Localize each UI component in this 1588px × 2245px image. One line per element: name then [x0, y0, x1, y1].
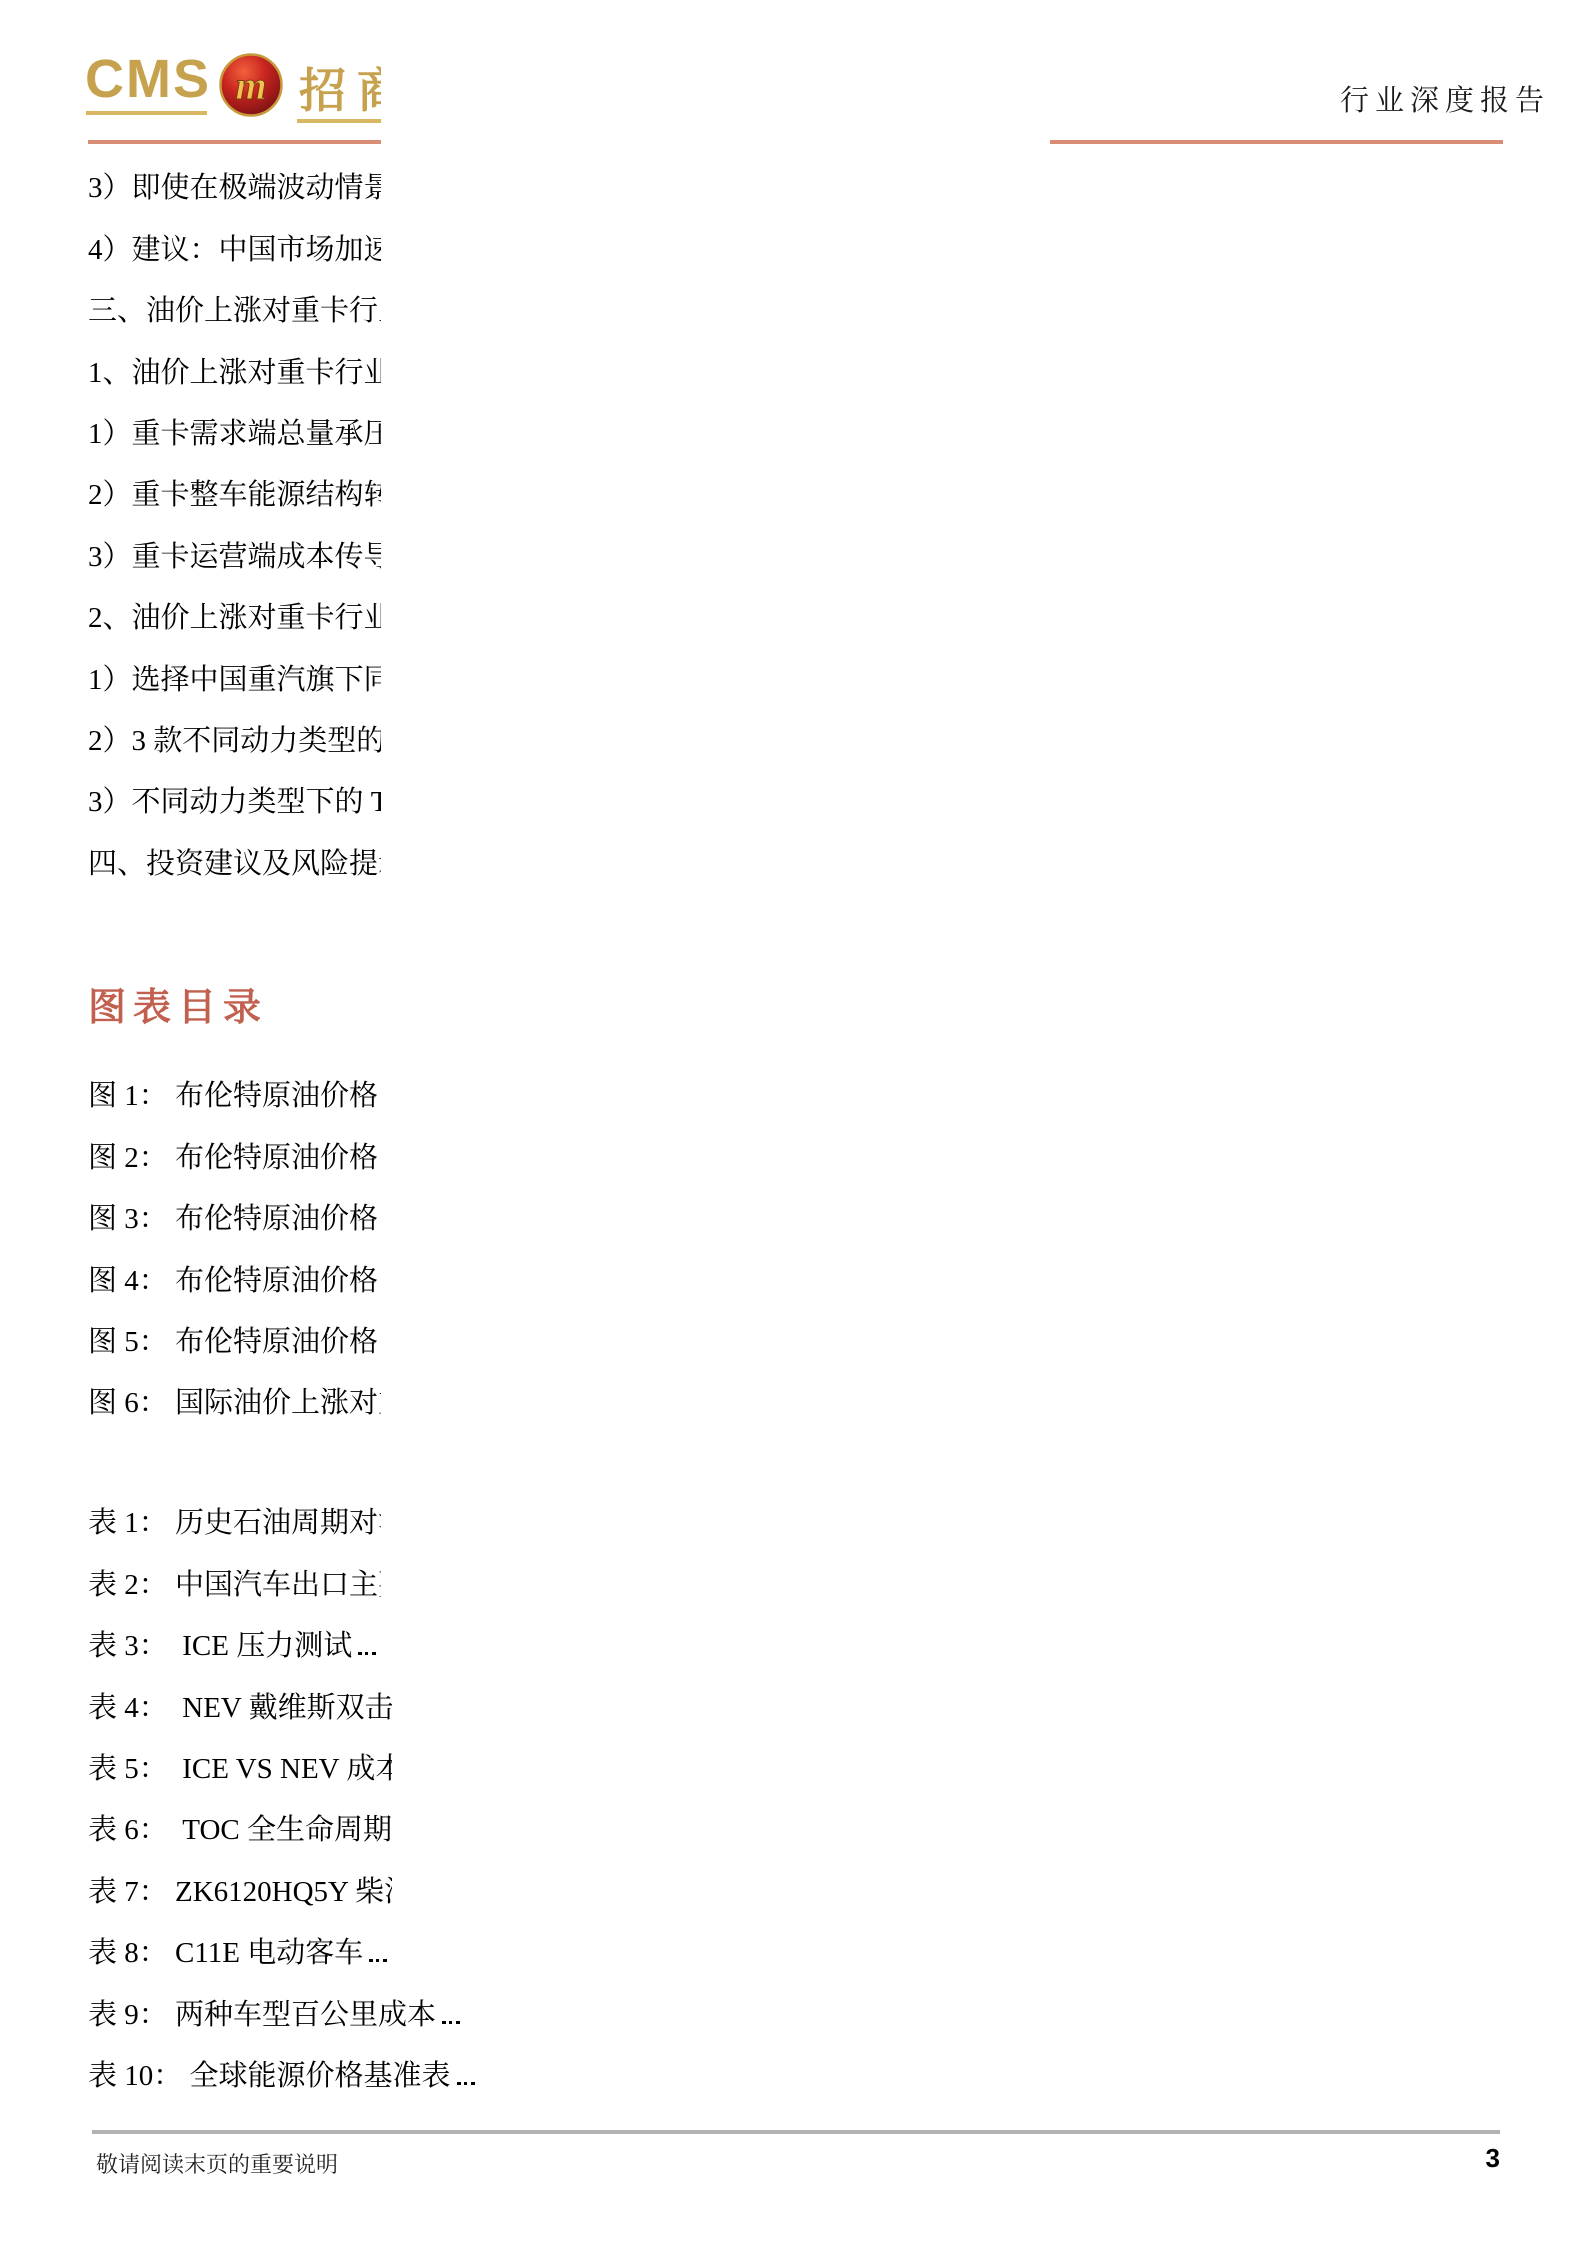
footer-disclaimer: 敬请阅读末页的重要说明	[96, 2148, 338, 2179]
footer-divider	[92, 2130, 1500, 2134]
table-entry-label: 表 9： 两种车型百公里成本	[88, 1992, 436, 2033]
table-entry-label: 表 10： 全球能源价格基准表	[88, 2053, 451, 2094]
table-entry-label: 表 8： C11E 电动客车	[88, 1930, 363, 1971]
dot-leader	[358, 1652, 376, 1655]
brand-underline-left	[86, 111, 207, 115]
dot-leader	[442, 2021, 460, 2024]
table-entry-page: 13	[480, 0, 1050, 2094]
cms-wordmark: CMS	[85, 48, 211, 110]
charts-directory-title: 图表目录	[88, 976, 268, 1031]
table-entry-label: 表 3： ICE 压力测试	[88, 1623, 352, 1664]
report-type-label: 行业深度报告	[1030, 78, 1550, 119]
table-entry-label: 表 4： NEV 戴维斯双击	[88, 1685, 394, 1726]
table-list: 表 1： 历史石油周期对汽车行业冲击 6 表 2： 中国汽车出口主要航线及运输周…	[88, 1494, 1050, 2108]
cms-logo-icon: m	[219, 53, 283, 117]
footer-page-number: 3	[1486, 2143, 1500, 2174]
dot-leader	[369, 1959, 387, 1962]
table-entry[interactable]: 表 10： 全球能源价格基准表 13	[88, 2047, 1050, 2108]
svg-text:m: m	[235, 63, 266, 108]
dot-leader	[457, 2082, 475, 2085]
toc-entry-label: 四、投资建议及风险提示	[88, 841, 407, 882]
report-page: CMS m 招商证券 行业深度报告 3）即使在极端波动情景下，纯电客车成本优势依…	[0, 0, 1588, 2245]
